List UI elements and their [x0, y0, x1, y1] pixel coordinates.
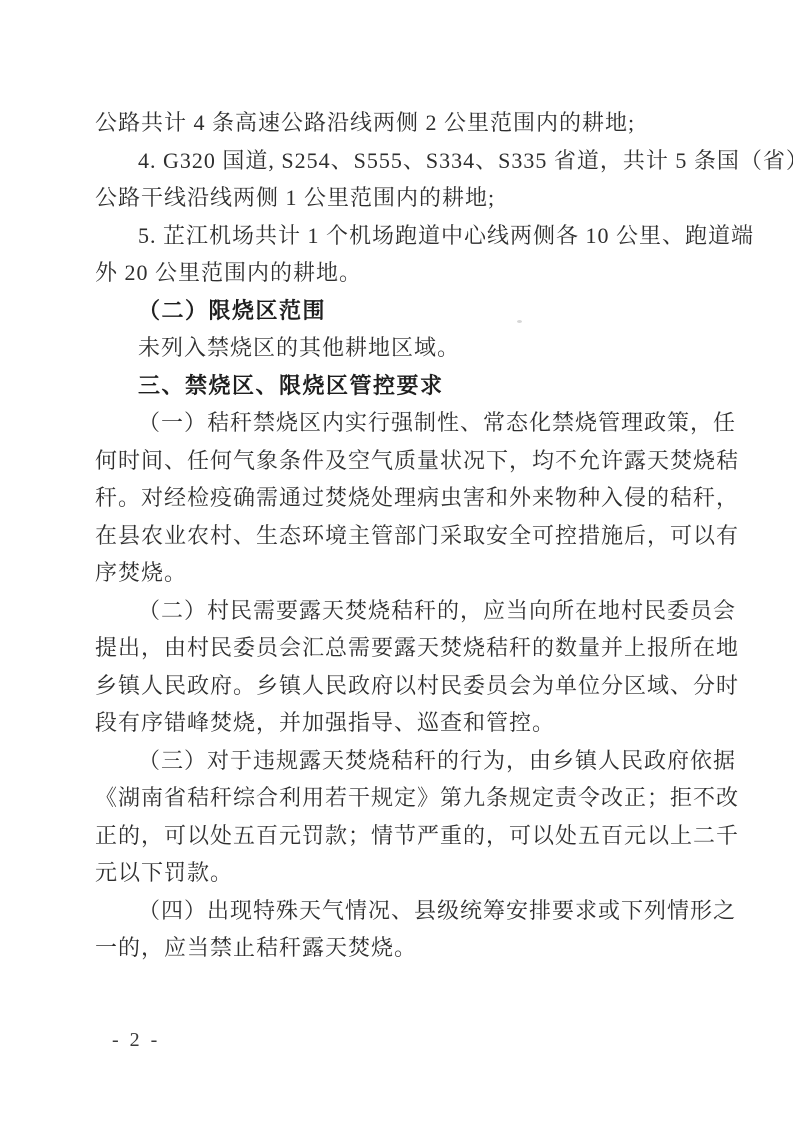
- scan-artifact: [517, 320, 522, 323]
- body-line: 段有序错峰焚烧，并加强指导、巡查和管控。: [95, 704, 717, 742]
- body-line-item-5-airport: 5. 芷江机场共计 1 个机场跑道中心线两侧各 10 公里、跑道端: [95, 217, 717, 255]
- body-line: 《湖南省秸秆综合利用若干规定》第九条规定责令改正；拒不改: [95, 779, 717, 817]
- heading-limited-burn-zone-scope: （二）限烧区范围: [95, 292, 717, 330]
- body-line-para-2-start: （二）村民需要露天焚烧秸秆的，应当向所在地村民委员会: [95, 592, 717, 630]
- body-line: 元以下罚款。: [95, 854, 717, 892]
- body-line: 公路共计 4 条高速公路沿线两侧 2 公里范围内的耕地;: [95, 104, 717, 142]
- heading-control-requirements: 三、禁烧区、限烧区管控要求: [95, 367, 717, 405]
- body-line: 序焚烧。: [95, 554, 717, 592]
- body-line: 提出，由村民委员会汇总需要露天焚烧秸秆的数量并上报所在地: [95, 629, 717, 667]
- body-line: 未列入禁烧区的其他耕地区域。: [95, 329, 717, 367]
- document-page: 公路共计 4 条高速公路沿线两侧 2 公里范围内的耕地; 4. G320 国道,…: [0, 0, 793, 1121]
- body-line: 何时间、任何气象条件及空气质量状况下，均不允许露天焚烧秸: [95, 442, 717, 480]
- body-line: 秆。对经检疫确需通过焚烧处理病虫害和外来物种入侵的秸秆，: [95, 479, 717, 517]
- body-line: 公路干线沿线两侧 1 公里范围内的耕地;: [95, 179, 717, 217]
- body-line-item-4-national-roads: 4. G320 国道, S254、S555、S334、S335 省道，共计 5 …: [95, 142, 717, 180]
- page-number: - 2 -: [112, 1027, 160, 1053]
- body-line-para-4-start: （四）出现特殊天气情况、县级统筹安排要求或下列情形之: [95, 892, 717, 930]
- body-line-para-1-start: （一）秸秆禁烧区内实行强制性、常态化禁烧管理政策，任: [95, 404, 717, 442]
- body-line: 在县农业农村、生态环境主管部门采取安全可控措施后，可以有: [95, 517, 717, 555]
- body-line: 外 20 公里范围内的耕地。: [95, 254, 717, 292]
- body-line: 乡镇人民政府。乡镇人民政府以村民委员会为单位分区域、分时: [95, 667, 717, 705]
- body-line: 正的，可以处五百元罚款；情节严重的，可以处五百元以上二千: [95, 817, 717, 855]
- body-line: 一的，应当禁止秸秆露天焚烧。: [95, 929, 717, 967]
- body-line-para-3-start: （三）对于违规露天焚烧秸秆的行为，由乡镇人民政府依据: [95, 742, 717, 780]
- document-body: 公路共计 4 条高速公路沿线两侧 2 公里范围内的耕地; 4. G320 国道,…: [95, 104, 717, 967]
